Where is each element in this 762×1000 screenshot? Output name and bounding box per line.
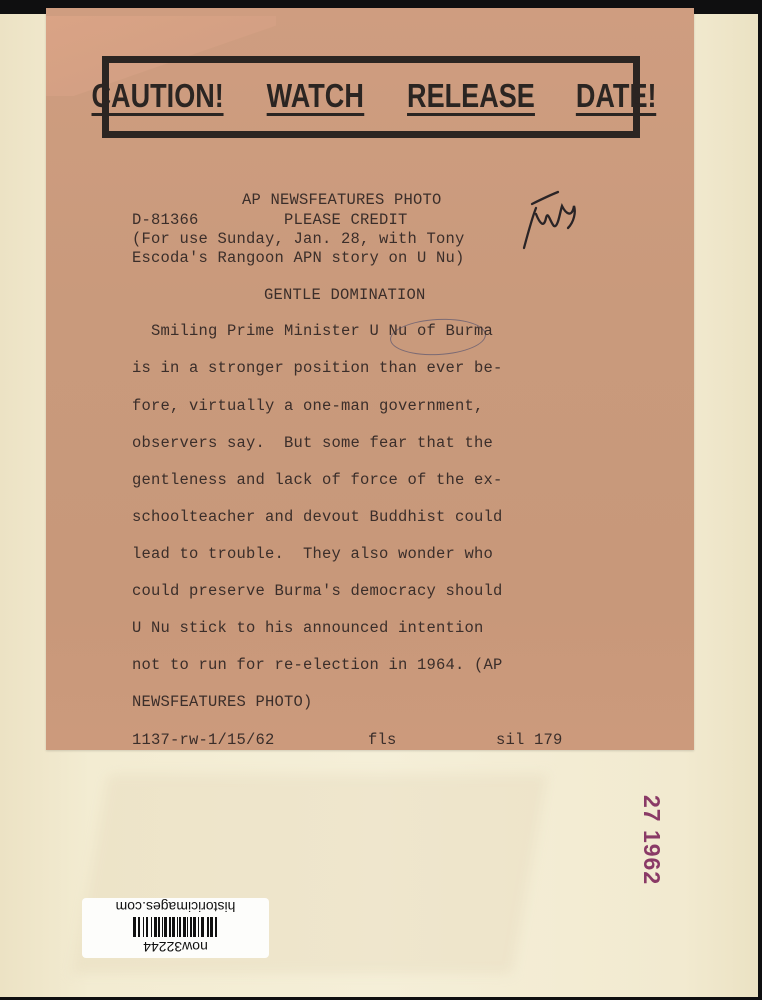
caution-word: WATCH <box>267 79 364 116</box>
barcode-site: historicimages.com <box>116 900 236 914</box>
handwritten-signature-icon <box>518 188 588 254</box>
caution-word: DATE! <box>576 79 657 116</box>
caption-line: lead to trouble. They also wonder who <box>132 545 493 563</box>
caption-line: Smiling Prime Minister U Nu of Burma <box>132 322 493 340</box>
caption-sheet: CAUTION! WATCH RELEASE DATE! AP NEWSFEAT… <box>46 8 694 750</box>
usage-line-1: (For use Sunday, Jan. 28, with Tony <box>132 230 465 248</box>
footer-ref: 1137-rw-1/15/62 <box>132 731 275 749</box>
date-stamp: 27 1962 <box>638 795 665 885</box>
caption-line: NEWSFEATURES PHOTO) <box>132 693 313 711</box>
barcode-id: now32244 <box>143 940 208 954</box>
headline: GENTLE DOMINATION <box>264 286 426 304</box>
caption-line: gentleness and lack of force of the ex- <box>132 471 503 489</box>
caution-word: RELEASE <box>407 79 535 116</box>
credit-line: PLEASE CREDIT <box>284 211 408 229</box>
usage-line-2: Escoda's Rangoon APN story on U Nu) <box>132 249 465 267</box>
caption-line: not to run for re-election in 1964. (AP <box>132 656 503 674</box>
caption-line: observers say. But some fear that the <box>132 434 493 452</box>
barcode-label: now32244 historicimages.com <box>82 898 269 958</box>
barcode-icon <box>134 917 218 937</box>
caution-word: CAUTION! <box>91 79 223 116</box>
caption-line: is in a stronger position than ever be- <box>132 359 503 377</box>
caution-banner: CAUTION! WATCH RELEASE DATE! <box>102 56 640 138</box>
agency-line: AP NEWSFEATURES PHOTO <box>242 191 442 209</box>
footer-code: sil 179 <box>496 731 563 749</box>
footer-initials: fls <box>368 731 397 749</box>
caption-line: fore, virtually a one-man government, <box>132 397 484 415</box>
caption-line: U Nu stick to his announced intention <box>132 619 484 637</box>
caption-line: could preserve Burma's democracy should <box>132 582 503 600</box>
photo-id: D-81366 <box>132 211 199 229</box>
caption-line: schoolteacher and devout Buddhist could <box>132 508 503 526</box>
